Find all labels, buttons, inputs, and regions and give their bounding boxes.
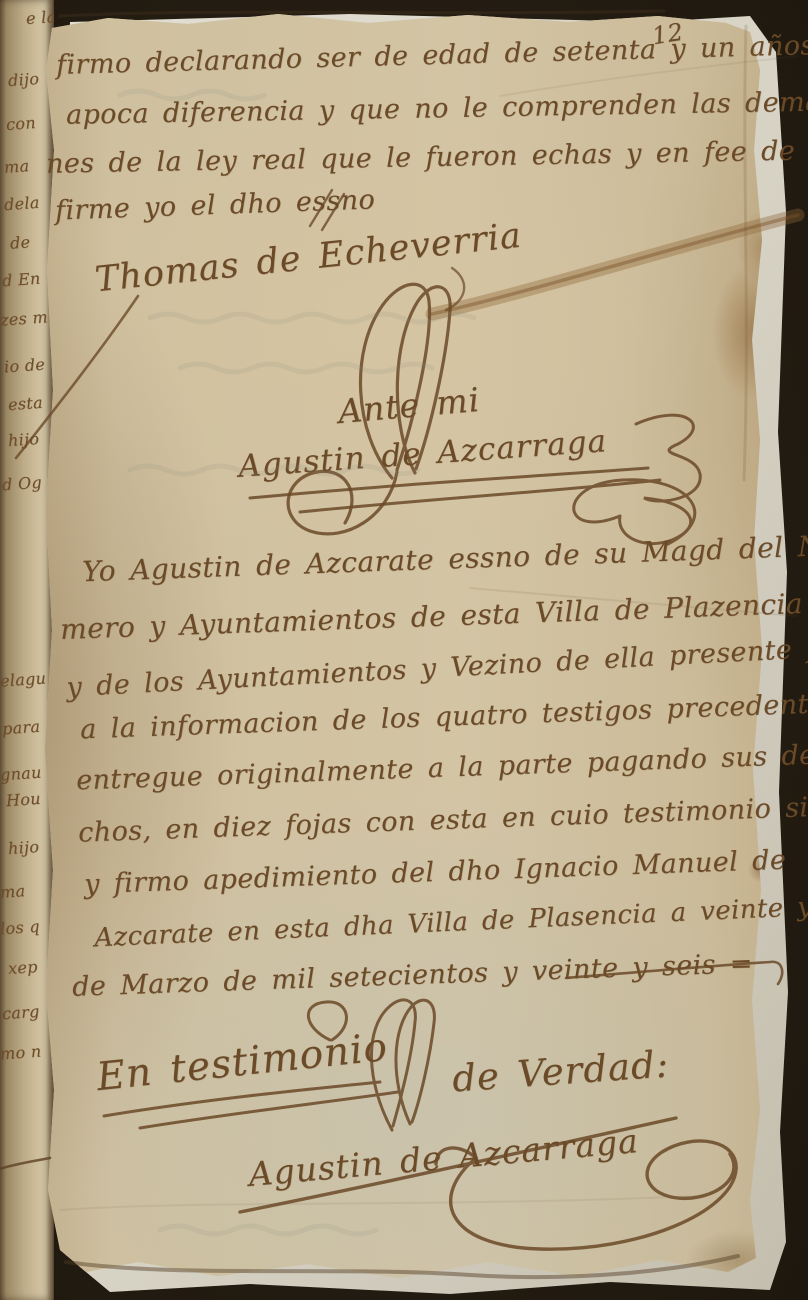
closing-attestation-right: de Verdad:: [451, 1042, 671, 1100]
certification-line-5: entregue originalmente a la parte pagand…: [76, 739, 808, 797]
opening-line-1: firmo declarando ser de edad de setenta …: [56, 30, 808, 81]
certification-line-2: mero y Ayuntamientos de esta Villa de Pl…: [60, 587, 804, 646]
opening-line-3: nes de la ley real que le fueron echas y…: [46, 133, 808, 180]
notary-signature: Agustin de Azcarraga: [237, 423, 608, 485]
certification-line-7: y firmo apedimiento del dho Ignacio Manu…: [84, 845, 787, 900]
certification-line-6: chos, en diez fojas con esta en cuio tes…: [78, 790, 808, 848]
handwriting-layer: 12 firmo declarando ser de edad de seten…: [0, 0, 808, 1300]
certification-line-8: Azcarate en esta dha Villa de Plasencia …: [94, 889, 808, 954]
certification-line-1: Yo Agustin de Azcarate essno de su Magd …: [82, 529, 808, 588]
ante-mi-label: Ante mi: [337, 380, 482, 431]
closing-attestation-left: En testimonio: [94, 1025, 390, 1100]
opening-line-4: firme yo el dho essno: [55, 184, 376, 226]
manuscript-scan: { "document": { "folio_number": "12", "o…: [0, 0, 808, 1300]
certification-line-9: de Marzo de mil setecientos y veinte y s…: [72, 948, 754, 1003]
opening-line-2: apoca diferencia y que no le comprenden …: [66, 84, 808, 131]
closing-signature: Agustin de Azcarraga: [247, 1121, 640, 1194]
witness-signature: Thomas de Echeverria: [93, 216, 524, 301]
